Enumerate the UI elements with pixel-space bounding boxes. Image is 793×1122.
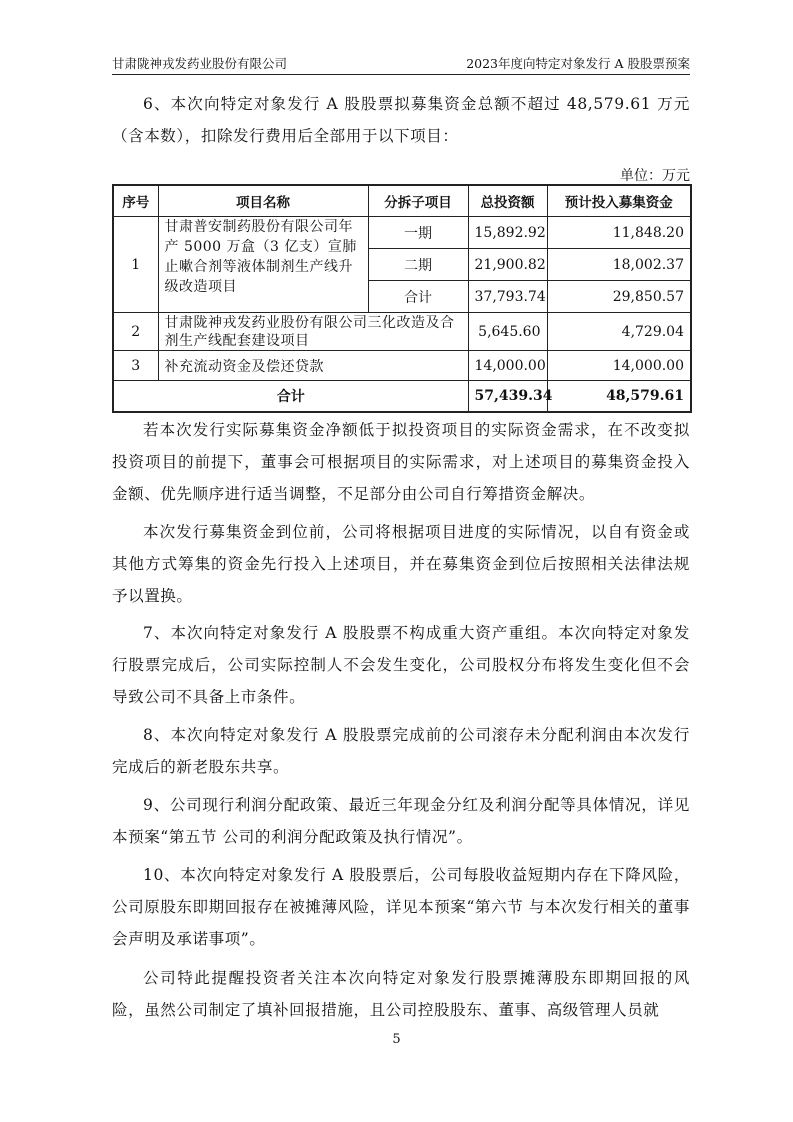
row-name: 甘肃陇神戎发药业股份有限公司三化改造及合剂生产线配套建设项目 [158,313,468,351]
paragraph-reminder: 公司特此提醒投资者关注本次向特定对象发行股票摊薄股东即期回报的风险，虽然公司制定… [112,962,690,1026]
row-name: 甘肃普安制药股份有限公司年产 5000 万盒（3 亿支）宣肺止嗽合剂等液体制剂生… [158,217,368,313]
table-row: 2 甘肃陇神戎发药业股份有限公司三化改造及合剂生产线配套建设项目 5,645.6… [113,313,691,351]
table-header-row: 序号 项目名称 分拆子项目 总投资额 预计投入募集资金 [113,185,691,217]
page-header: 甘肃陇神戎发药业股份有限公司 2023年度向特定对象发行 A 股股票预案 [112,50,690,75]
table-row: 3 补充流动资金及偿还贷款 14,000.00 14,000.00 [113,351,691,381]
sub-item: 二期 [368,249,468,281]
total-investment: 5,645.60 [468,313,547,351]
total-investment: 21,900.82 [468,249,547,281]
paragraph-9: 9、公司现行利润分配政策、最近三年现金分红及利润分配等具体情况，详见本预案“第五… [112,789,690,853]
row-no: 1 [113,217,158,313]
total-investment: 15,892.92 [468,217,547,249]
total-investment: 37,793.74 [468,281,547,313]
table-unit: 单位：万元 [620,165,690,185]
header-name: 项目名称 [158,185,368,217]
grand-total-investment: 57,439.34 [468,381,547,413]
header-no: 序号 [113,185,158,217]
page-number: 5 [0,1032,793,1047]
fund-usage-table: 序号 项目名称 分拆子项目 总投资额 预计投入募集资金 1 甘肃普安制药股份有限… [112,184,692,413]
paragraph-7: 7、本次向特定对象发行 A 股股票不构成重大资产重组。本次向特定对象发行股票完成… [112,617,690,713]
paragraph-8: 8、本次向特定对象发行 A 股股票完成前的公司滚存未分配利润由本次发行完成后的新… [112,719,690,783]
table-total-row: 合计 57,439.34 48,579.61 [113,381,691,413]
company-name: 甘肃陇神戎发药业股份有限公司 [112,54,287,72]
paragraph-6: 6、本次向特定对象发行 A 股股票拟募集资金总额不超过 48,579.61 万元… [112,88,690,152]
planned-raise: 4,729.04 [547,313,691,351]
paragraph-replacement: 本次发行募集资金到位前，公司将根据项目进度的实际情况，以自有资金或其他方式筹集的… [112,516,690,612]
sub-item: 一期 [368,217,468,249]
header-total: 总投资额 [468,185,547,217]
document-title: 2023年度向特定对象发行 A 股股票预案 [466,54,690,72]
planned-raise: 14,000.00 [547,351,691,381]
grand-planned-raise: 48,579.61 [547,381,691,413]
total-investment: 14,000.00 [468,351,547,381]
paragraph-10: 10、本次向特定对象发行 A 股股票后，公司每股收益短期内存在下降风险，公司原股… [112,859,690,955]
total-label: 合计 [113,381,468,413]
row-no: 3 [113,351,158,381]
table-row: 1 甘肃普安制药股份有限公司年产 5000 万盒（3 亿支）宣肺止嗽合剂等液体制… [113,217,691,249]
paragraph-adjustment: 若本次发行实际募集资金净额低于拟投资项目的实际资金需求，在不改变拟投资项目的前提… [112,414,690,510]
row-name: 补充流动资金及偿还贷款 [158,351,468,381]
planned-raise: 18,002.37 [547,249,691,281]
row-no: 2 [113,313,158,351]
planned-raise: 11,848.20 [547,217,691,249]
planned-raise: 29,850.57 [547,281,691,313]
sub-item: 合计 [368,281,468,313]
header-raise: 预计投入募集资金 [547,185,691,217]
header-sub: 分拆子项目 [368,185,468,217]
